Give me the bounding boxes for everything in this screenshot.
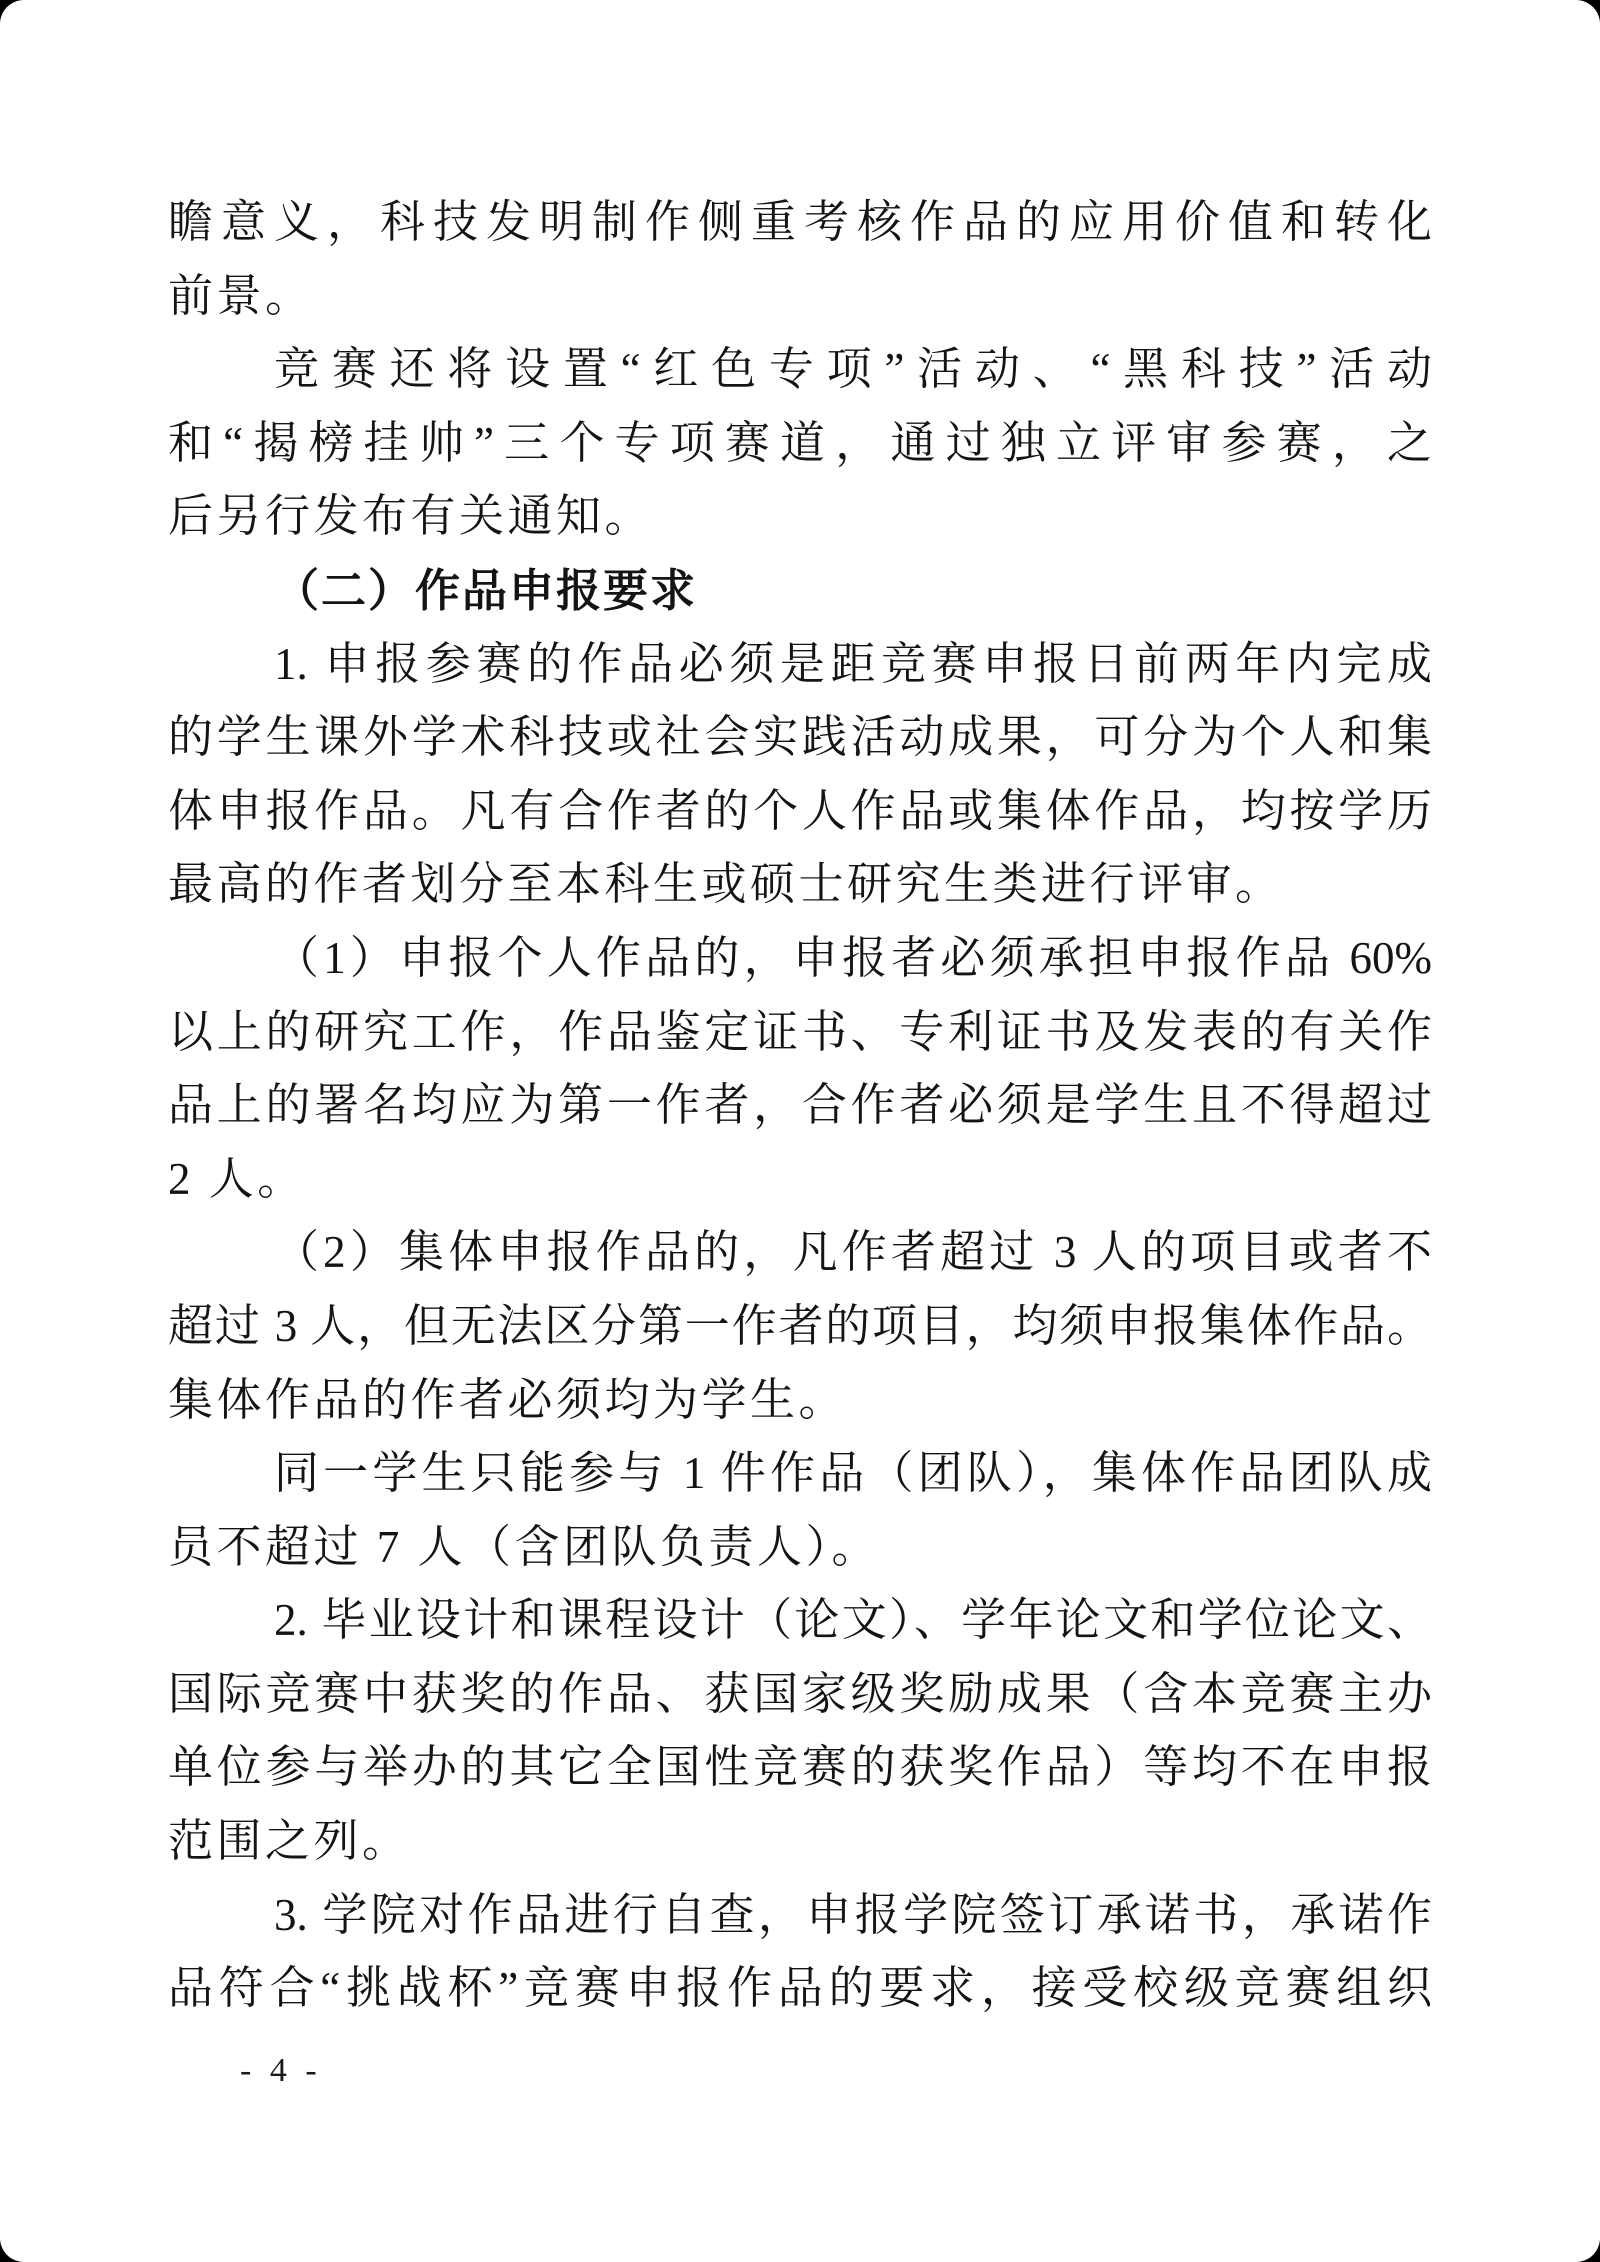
text-line: 国际竞赛中获奖的作品、获国家级奖励成果（含本竞赛主办 (168, 1658, 1432, 1732)
text-line: 范围之列。 (168, 1805, 1432, 1879)
section-heading: （二）作品申报要求 (168, 554, 1432, 628)
text-line: 2. 毕业设计和课程设计（论文）、学年论文和学位论文、 (168, 1584, 1432, 1658)
text-line: 品上的署名均应为第一作者，合作者必须是学生且不得超过 (168, 1069, 1432, 1143)
page-number: - 4 - (240, 2052, 322, 2090)
text-line: 1. 申报参赛的作品必须是距竞赛申报日前两年内完成 (168, 628, 1432, 702)
text-line: 瞻意义，科技发明制作侧重考核作品的应用价值和转化 (168, 186, 1432, 260)
text-line: 以上的研究工作，作品鉴定证书、专利证书及发表的有关作 (168, 996, 1432, 1070)
text-line: 同一学生只能参与 1 件作品（团队），集体作品团队成 (168, 1437, 1432, 1511)
text-line: 的学生课外学术科技或社会实践活动成果，可分为个人和集 (168, 701, 1432, 775)
text-line: 后另行发布有关通知。 (168, 480, 1432, 554)
text-line: 集体作品的作者必须均为学生。 (168, 1364, 1432, 1438)
document-body: 瞻意义，科技发明制作侧重考核作品的应用价值和转化 前景。 竞赛还将设置“红色专项… (168, 186, 1432, 2026)
text-line: 3. 学院对作品进行自查，申报学院签订承诺书，承诺作 (168, 1879, 1432, 1953)
text-line: 超过 3 人，但无法区分第一作者的项目，均须申报集体作品。 (168, 1290, 1432, 1364)
text-line: 和“揭榜挂帅”三个专项赛道，通过独立评审参赛，之 (168, 407, 1432, 481)
text-line: 品符合“挑战杯”竞赛申报作品的要求，接受校级竞赛组织 (168, 1952, 1432, 2026)
text-line: 2 人。 (168, 1143, 1432, 1217)
text-line: 竞赛还将设置“红色专项”活动、“黑科技”活动 (168, 333, 1432, 407)
document-page: 瞻意义，科技发明制作侧重考核作品的应用价值和转化 前景。 竞赛还将设置“红色专项… (0, 0, 1600, 2262)
text-line: 最高的作者划分至本科生或硕士研究生类进行评审。 (168, 848, 1432, 922)
text-line: 体申报作品。凡有合作者的个人作品或集体作品，均按学历 (168, 775, 1432, 849)
text-line: 员不超过 7 人（含团队负责人）。 (168, 1511, 1432, 1585)
text-line: 单位参与举办的其它全国性竞赛的获奖作品）等均不在申报 (168, 1731, 1432, 1805)
text-line: （2）集体申报作品的，凡作者超过 3 人的项目或者不 (168, 1216, 1432, 1290)
text-line: （1）申报个人作品的，申报者必须承担申报作品 60% (168, 922, 1432, 996)
text-line: 前景。 (168, 260, 1432, 334)
